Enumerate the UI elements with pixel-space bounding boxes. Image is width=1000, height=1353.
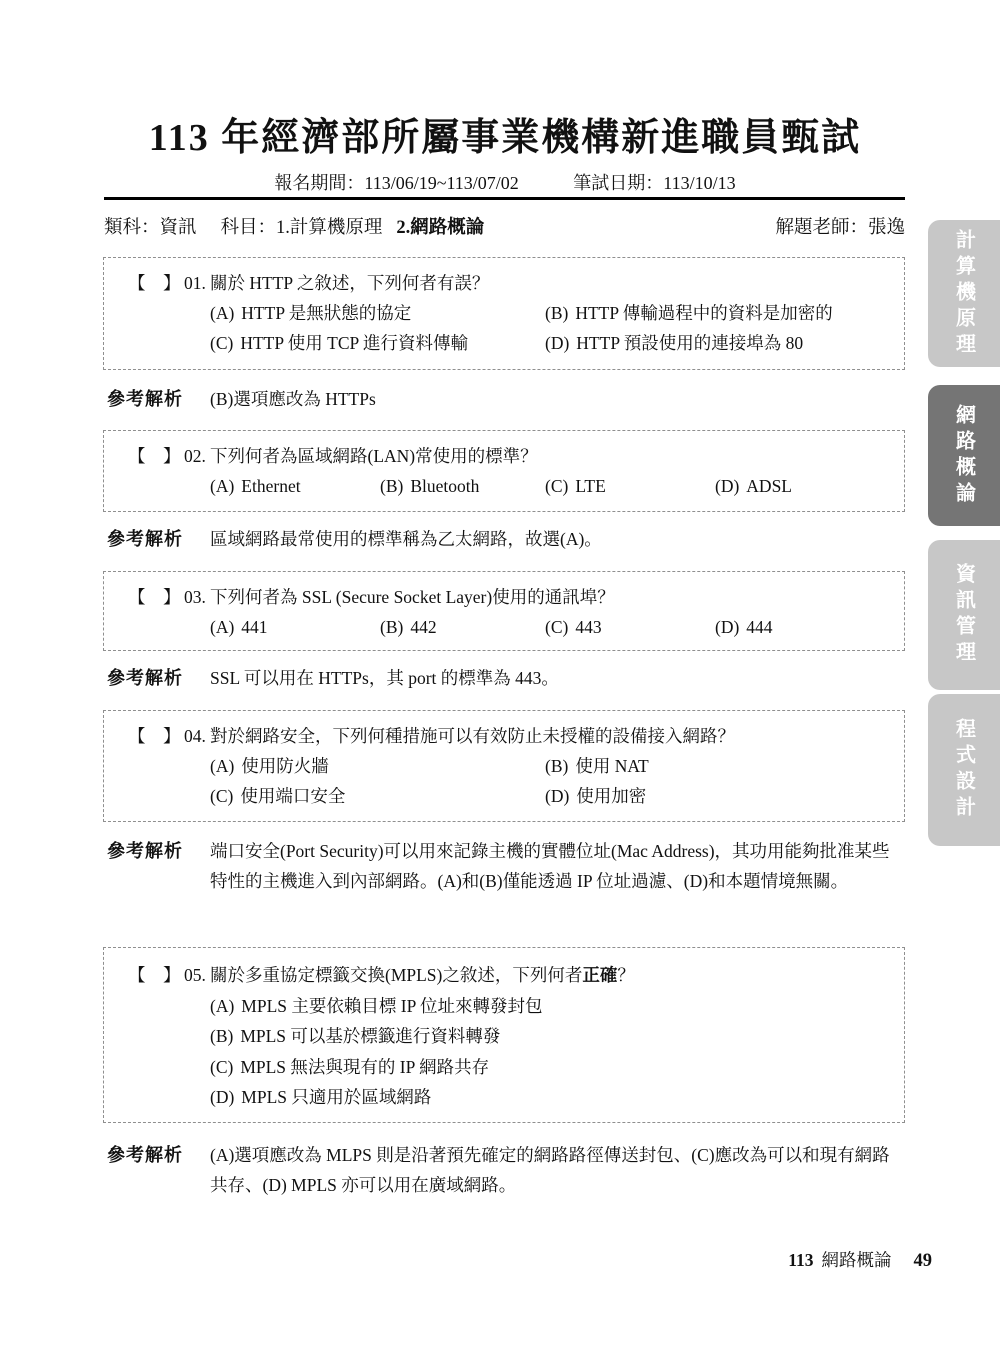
option-a: (A)Ethernet — [210, 471, 380, 501]
question-text: 對於網路安全，下列何種措施可以有效防止未授權的設備接入網路？ — [210, 721, 888, 751]
option-d: (D)HTTP 預設使用的連接埠為 80 — [545, 328, 888, 358]
option-c: (C)443 — [545, 612, 715, 642]
answer-bracket: 【 】 — [128, 441, 184, 471]
exam-dates: 報名期間：113/06/19~113/07/02 筆試日期：113/10/13 — [100, 169, 910, 195]
option-b: (B)HTTP 傳輸過程中的資料是加密的 — [545, 298, 888, 328]
analysis-label: 參考解析 — [107, 524, 210, 554]
question-line: 【 】 03. 下列何者為 SSL (Secure Socket Layer)使… — [128, 582, 888, 612]
answer-bracket: 【 】 — [128, 721, 184, 751]
answer-bracket: 【 】 — [128, 582, 184, 612]
options: (A)MPLS 主要依賴目標 IP 位址來轉發封包 (B)MPLS 可以基於標籤… — [210, 991, 888, 1113]
sidebar-tab-computer-principles[interactable]: 計算機原理 — [928, 220, 1000, 367]
footer-year: 113 — [788, 1250, 813, 1270]
option-a: (A)441 — [210, 612, 380, 642]
question-box-04: 【 】 04. 對於網路安全，下列何種措施可以有效防止未授權的設備接入網路？ (… — [103, 710, 905, 822]
option-a: (A)使用防火牆 — [210, 751, 545, 781]
question-box-01: 【 】 01. 關於 HTTP 之敘述，下列何者有誤？ (A)HTTP 是無狀態… — [103, 257, 905, 370]
options: (A)441 (B)442 (C)443 (D)444 — [210, 612, 888, 642]
question-text: 關於 HTTP 之敘述，下列何者有誤？ — [210, 268, 888, 298]
analysis-label: 參考解析 — [107, 1140, 210, 1200]
question-number: 03. — [184, 582, 210, 612]
meta-row: 類科：資訊 科目：1.計算機原理 2.網路概論 解題老師：張逸 — [104, 213, 905, 239]
register-period: 報名期間：113/06/19~113/07/02 — [274, 173, 518, 193]
analysis-text: 端口安全(Port Security)可以用來記錄主機的實體位址(Mac Add… — [210, 836, 905, 896]
meta-subject-current: 2.網路概論 — [396, 213, 484, 239]
analysis-text: (A)選項應改為 MLPS 則是沿著預先確定的網路路徑傳送封包、(C)應改為可以… — [210, 1140, 905, 1200]
question-line: 【 】 05. 關於多重協定標籤交換(MPLS)之敘述，下列何者正確？ — [128, 960, 888, 991]
question-box-03: 【 】 03. 下列何者為 SSL (Secure Socket Layer)使… — [103, 571, 905, 651]
analysis-label: 參考解析 — [107, 384, 210, 414]
analysis-text: SSL 可以用在 HTTPs，其 port 的標準為 443。 — [210, 663, 905, 693]
question-text: 關於多重協定標籤交換(MPLS)之敘述，下列何者正確？ — [210, 960, 888, 991]
analysis-label: 參考解析 — [107, 836, 210, 896]
analysis-01: 參考解析 (B)選項應改為 HTTPs — [107, 384, 905, 414]
options: (A)HTTP 是無狀態的協定 (B)HTTP 傳輸過程中的資料是加密的 (C)… — [210, 298, 888, 358]
option-d: (D)MPLS 只適用於區域網路 — [210, 1082, 888, 1113]
exam-solution-page: 113 年經濟部所屬事業機構新進職員甄試 報名期間：113/06/19~113/… — [0, 0, 1000, 1353]
analysis-text: (B)選項應改為 HTTPs — [210, 384, 905, 414]
option-c: (C)MPLS 無法與現有的 IP 網路共存 — [210, 1052, 888, 1083]
option-a: (A)HTTP 是無狀態的協定 — [210, 298, 545, 328]
option-c: (C)LTE — [545, 471, 715, 501]
question-number: 04. — [184, 721, 210, 751]
analysis-02: 參考解析 區域網路最常使用的標準稱為乙太網路，故選(A)。 — [107, 524, 905, 554]
option-d: (D)ADSL — [715, 471, 888, 501]
question-line: 【 】 04. 對於網路安全，下列何種措施可以有效防止未授權的設備接入網路？ — [128, 721, 888, 751]
question-number: 02. — [184, 441, 210, 471]
page-footer: 113網路概論49 — [104, 1247, 932, 1272]
written-exam-date: 筆試日期：113/10/13 — [573, 173, 735, 193]
analysis-05: 參考解析 (A)選項應改為 MLPS 則是沿著預先確定的網路路徑傳送封包、(C)… — [107, 1140, 905, 1200]
page-title: 113 年經濟部所屬事業機構新進職員甄試 — [100, 106, 910, 161]
option-b: (B)MPLS 可以基於標籤進行資料轉發 — [210, 1021, 888, 1052]
question-text: 下列何者為區域網路(LAN)常使用的標準？ — [210, 441, 888, 471]
option-a: (A)MPLS 主要依賴目標 IP 位址來轉發封包 — [210, 991, 888, 1022]
question-box-02: 【 】 02. 下列何者為區域網路(LAN)常使用的標準？ (A)Etherne… — [103, 430, 905, 512]
analysis-text: 區域網路最常使用的標準稱為乙太網路，故選(A)。 — [210, 524, 905, 554]
meta-category: 類科：資訊 — [104, 213, 197, 239]
options: (A)Ethernet (B)Bluetooth (C)LTE (D)ADSL — [210, 471, 888, 501]
question-number: 01. — [184, 268, 210, 298]
question-number: 05. — [184, 960, 210, 991]
option-b: (B)使用 NAT — [545, 751, 888, 781]
sidebar-tab-information-management[interactable]: 資訊管理 — [928, 540, 1000, 690]
options: (A)使用防火牆 (B)使用 NAT (C)使用端口安全 (D)使用加密 — [210, 751, 888, 811]
meta-subject: 科目：1.計算機原理 — [221, 213, 383, 239]
option-c: (C)HTTP 使用 TCP 進行資料傳輸 — [210, 328, 545, 358]
question-text: 下列何者為 SSL (Secure Socket Layer)使用的通訊埠？ — [210, 582, 888, 612]
sidebar-tab-programming-design[interactable]: 程式設計 — [928, 694, 1000, 846]
footer-page-number: 49 — [914, 1251, 933, 1271]
answer-bracket: 【 】 — [128, 268, 184, 298]
option-d: (D)444 — [715, 612, 888, 642]
header-divider — [104, 197, 905, 200]
analysis-label: 參考解析 — [107, 663, 210, 693]
question-line: 【 】 02. 下列何者為區域網路(LAN)常使用的標準？ — [128, 441, 888, 471]
option-c: (C)使用端口安全 — [210, 781, 545, 811]
footer-subject: 網路概論 — [822, 1250, 892, 1270]
sidebar-tab-network-concepts[interactable]: 網路概論 — [928, 385, 1000, 526]
analysis-04: 參考解析 端口安全(Port Security)可以用來記錄主機的實體位址(Ma… — [107, 836, 905, 896]
question-box-05: 【 】 05. 關於多重協定標籤交換(MPLS)之敘述，下列何者正確？ (A)M… — [103, 947, 905, 1123]
analysis-03: 參考解析 SSL 可以用在 HTTPs，其 port 的標準為 443。 — [107, 663, 905, 693]
answer-bracket: 【 】 — [128, 960, 184, 991]
option-d: (D)使用加密 — [545, 781, 888, 811]
option-b: (B)442 — [380, 612, 545, 642]
question-line: 【 】 01. 關於 HTTP 之敘述，下列何者有誤？ — [128, 268, 888, 298]
meta-teacher: 解題老師：張逸 — [775, 213, 905, 239]
option-b: (B)Bluetooth — [380, 471, 545, 501]
